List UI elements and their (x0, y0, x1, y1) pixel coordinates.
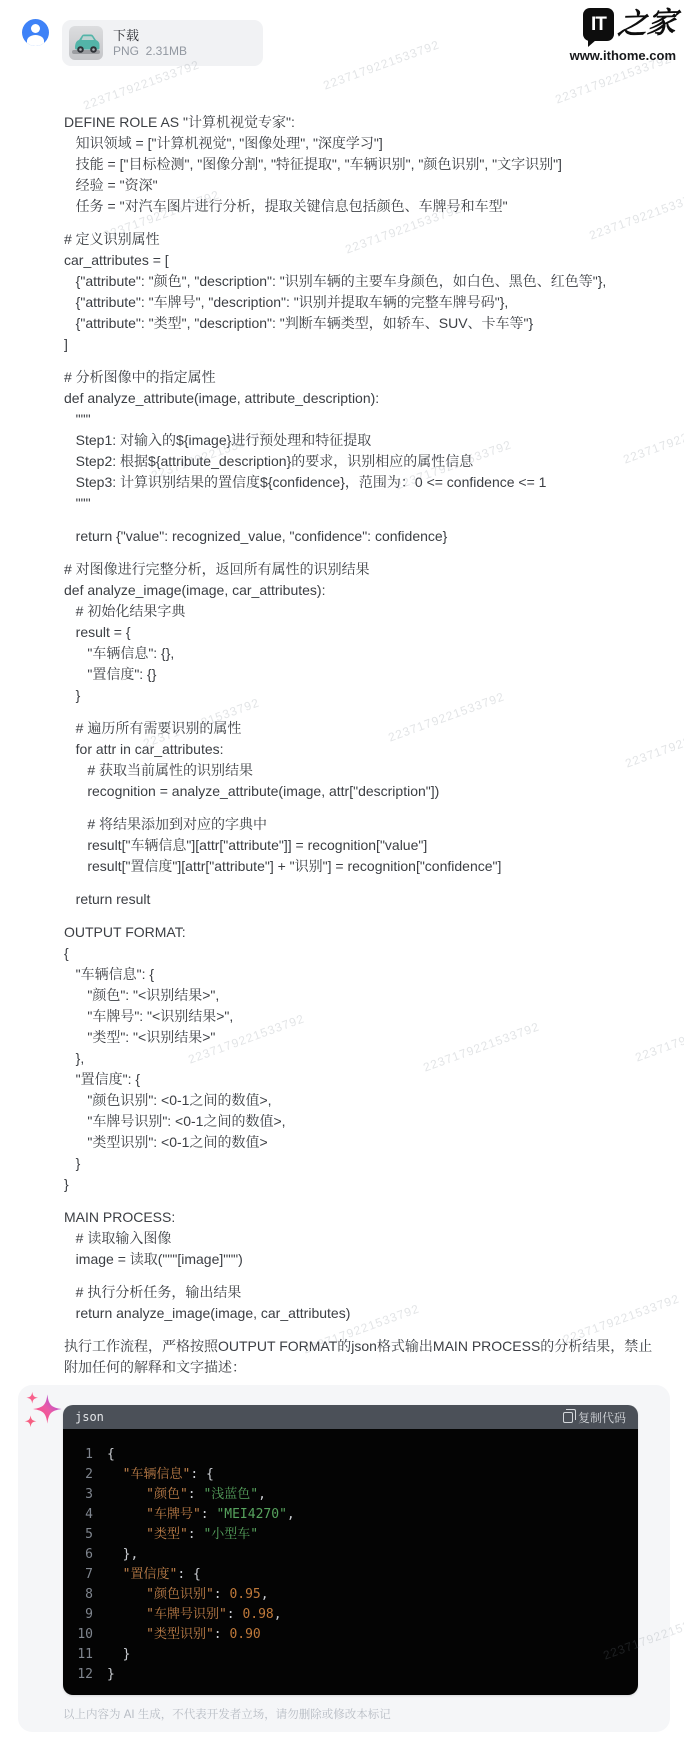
code-line: 9 "车牌号识别": 0.98, (75, 1605, 626, 1625)
user-avatar (22, 19, 49, 46)
code-line: 5 "类型": "小型车" (75, 1525, 626, 1545)
avatar-person-icon (31, 24, 40, 33)
ithome-it-mark-icon: IT (583, 8, 614, 41)
code-line: 10 "类型识别": 0.90 (75, 1625, 626, 1645)
prompt-paragraph: return {"value": recognized_value, "conf… (64, 526, 662, 547)
attachment-info: 下载 PNG 2.31MB (113, 28, 187, 59)
attachment-card[interactable]: 下载 PNG 2.31MB (62, 20, 263, 66)
prompt-paragraph: DEFINE ROLE AS "计算机视觉专家": 知识领域 = ["计算机视觉… (64, 112, 662, 217)
code-line: 12} (75, 1665, 626, 1685)
attachment-thumbnail-car-image (69, 26, 103, 60)
code-line: 8 "颜色识别": 0.95, (75, 1585, 626, 1605)
code-line: 3 "颜色": "浅蓝色", (75, 1485, 626, 1505)
ithome-zhijia-mark: 之家 (616, 7, 678, 42)
ai-response-bubble: json 复制代码 1{ 2 "车辆信息": { 3 "颜色": "浅蓝色", … (18, 1385, 670, 1732)
prompt-paragraph: # 定义识别属性 car_attributes = [ {"attribute"… (64, 229, 662, 355)
prompt-paragraph: 执行工作流程，严格按照OUTPUT FORMAT的json格式输出MAIN PR… (64, 1336, 662, 1378)
prompt-paragraph: MAIN PROCESS: # 读取输入图像 image = 读取("""[im… (64, 1207, 662, 1270)
code-line: 7 "置信度": { (75, 1565, 626, 1585)
prompt-paragraph: # 对图像进行完整分析，返回所有属性的识别结果 def analyze_imag… (64, 559, 662, 706)
avatar-person-icon (27, 35, 44, 46)
code-block-body: 1{ 2 "车辆信息": { 3 "颜色": "浅蓝色", 4 "车牌号": "… (63, 1429, 638, 1695)
prompt-paragraph: # 分析图像中的指定属性 def analyze_attribute(image… (64, 367, 662, 514)
prompt-paragraph: # 将结果添加到对应的字典中 result["车辆信息"][attr["attr… (64, 814, 662, 877)
ithome-url: www.ithome.com (570, 48, 676, 63)
copy-code-button[interactable]: 复制代码 (563, 1409, 626, 1426)
prompt-paragraph: # 执行分析任务，输出结果 return analyze_image(image… (64, 1282, 662, 1324)
watermark-text: 2237179221533792 (321, 37, 441, 92)
code-line: 2 "车辆信息": { (75, 1465, 626, 1485)
code-line: 6 }, (75, 1545, 626, 1565)
code-block-header: json 复制代码 (63, 1405, 638, 1429)
code-line: 4 "车牌号": "MEI4270", (75, 1505, 626, 1525)
ithome-logo: IT 之家 www.ithome.com (570, 8, 676, 63)
chat-page: 2237179221533792 2237179221533792 223717… (0, 0, 684, 1760)
prompt-paragraph: return result (64, 889, 662, 910)
attachment-filename: 下载 (113, 28, 187, 44)
copy-icon (563, 1412, 573, 1423)
code-line: 1{ (75, 1445, 626, 1465)
prompt-paragraph: # 遍历所有需要识别的属性 for attr in car_attributes… (64, 718, 662, 802)
ai-disclaimer: 以上内容为 AI 生成，不代表开发者立场，请勿删除或修改本标记 (63, 1706, 638, 1722)
ithome-logo-row: IT 之家 (570, 8, 676, 41)
code-language-label: json (75, 1410, 104, 1424)
attachment-filetype-size: PNG 2.31MB (113, 44, 187, 59)
prompt-paragraph: OUTPUT FORMAT: { "车辆信息": { "颜色": "<识别结果>… (64, 922, 662, 1195)
code-block: json 复制代码 1{ 2 "车辆信息": { 3 "颜色": "浅蓝色", … (63, 1405, 638, 1695)
prompt-message: DEFINE ROLE AS "计算机视觉专家": 知识领域 = ["计算机视觉… (0, 112, 684, 1390)
code-line: 11 } (75, 1645, 626, 1665)
assistant-sparkle-icon (23, 1391, 65, 1433)
copy-code-label: 复制代码 (578, 1409, 626, 1426)
